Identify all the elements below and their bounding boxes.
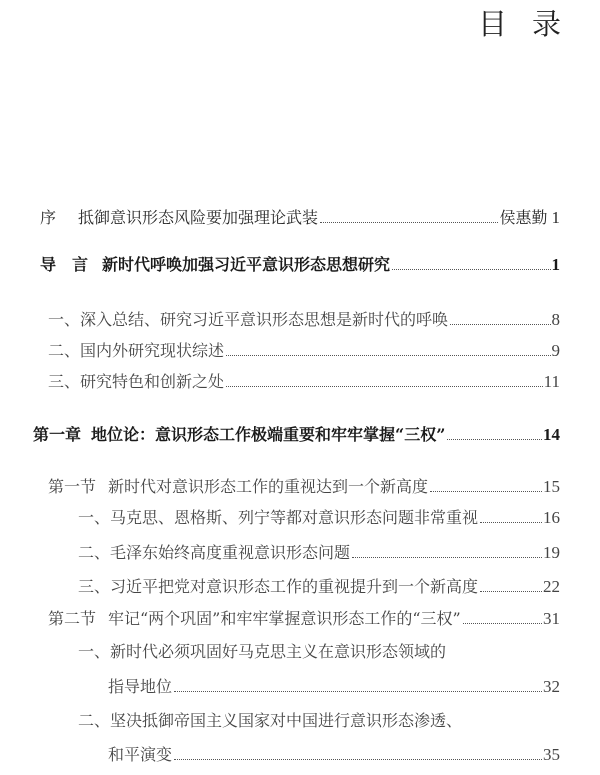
toc-entry-section-2-item-2-line2[interactable]: 和平演变 35	[108, 740, 560, 766]
toc-entry-intro-2[interactable]: 二、 国内外研究现状综述 9	[48, 336, 560, 362]
toc-page-number: 1	[552, 207, 561, 229]
toc-text: 和平演变	[108, 744, 172, 766]
toc-page-number: 11	[544, 371, 560, 393]
toc-entry-intro-3[interactable]: 三、 研究特色和创新之处 11	[48, 367, 560, 393]
toc-entry-section-2-item-2-line1[interactable]: 二、 坚决抵御帝国主义国家对中国进行意识形态渗透、	[78, 706, 560, 732]
toc-entry-section-1-item-2[interactable]: 二、 毛泽东始终高度重视意识形态问题 19	[78, 538, 560, 564]
toc-page-number: 32	[543, 676, 560, 698]
toc-label: 二、	[48, 340, 80, 362]
toc-page-number: 15	[543, 476, 560, 498]
toc-page-number: 14	[543, 424, 560, 446]
toc-label: 一、	[78, 507, 110, 529]
toc-page-number: 22	[543, 576, 560, 598]
toc-text: 研究特色和创新之处	[80, 371, 224, 393]
dot-leader	[226, 354, 550, 356]
toc-page-number: 8	[552, 309, 561, 331]
toc-label: 二、	[78, 542, 110, 564]
toc-text: 牢记“两个巩固”和牢牢掌握意识形态工作的“三权”	[108, 608, 461, 630]
dot-leader	[450, 323, 550, 325]
toc-text: 习近平把党对意识形态工作的重视提升到一个新高度	[110, 576, 478, 598]
dot-leader	[430, 490, 542, 492]
toc-text: 国内外研究现状综述	[80, 340, 224, 362]
toc-label: 一、	[78, 641, 110, 663]
toc-page-number: 1	[552, 254, 561, 276]
dot-leader	[174, 690, 542, 692]
toc-text: 指导地位	[108, 676, 172, 698]
toc-label: 一、	[48, 309, 80, 331]
dot-leader	[174, 758, 542, 760]
toc-author: 侯惠勤	[499, 207, 547, 229]
dot-leader	[447, 438, 542, 440]
toc-entry-section-1-item-3[interactable]: 三、 习近平把党对意识形态工作的重视提升到一个新高度 22	[78, 572, 560, 598]
toc-page-number: 19	[543, 542, 560, 564]
toc-page-number: 16	[543, 507, 560, 529]
dot-leader	[392, 268, 550, 270]
toc-label: 第一章	[33, 424, 91, 446]
toc-page-number: 9	[552, 340, 561, 362]
toc-page-number: 31	[543, 608, 560, 630]
toc-label: 序	[40, 207, 78, 229]
toc-text: 马克思、恩格斯、列宁等都对意识形态问题非常重视	[110, 507, 478, 529]
toc-label: 第二节	[48, 608, 108, 630]
toc-page-number: 35	[543, 744, 560, 766]
toc-text: 新时代呼唤加强习近平意识形态思想研究	[102, 254, 390, 276]
toc-label: 导 言	[40, 254, 102, 276]
toc-entry-intro[interactable]: 导 言 新时代呼唤加强习近平意识形态思想研究 1	[40, 250, 560, 276]
toc-entry-section-2-item-1-line1[interactable]: 一、 新时代必须巩固好马克思主义在意识形态领域的	[78, 637, 560, 663]
toc-entry-chapter-1[interactable]: 第一章 地位论：意识形态工作极端重要和牢牢掌握“三权” 14	[33, 420, 560, 446]
toc-label: 三、	[48, 371, 80, 393]
toc-text: 坚决抵御帝国主义国家对中国进行意识形态渗透、	[110, 710, 462, 732]
dot-leader	[480, 521, 542, 523]
toc-text: 深入总结、研究习近平意识形态思想是新时代的呼唤	[80, 309, 448, 331]
dot-leader	[320, 221, 498, 223]
dot-leader	[226, 385, 543, 387]
dot-leader	[463, 622, 542, 624]
toc-text: 抵御意识形态风险要加强理论武装	[78, 207, 318, 229]
dot-leader	[480, 590, 542, 592]
toc-entry-preface[interactable]: 序 抵御意识形态风险要加强理论武装 侯惠勤 1	[40, 203, 560, 229]
dot-leader	[352, 556, 542, 558]
page-title: 目录	[478, 2, 586, 43]
toc-entry-section-2-item-1-line2[interactable]: 指导地位 32	[108, 672, 560, 698]
toc-text: 新时代对意识形态工作的重视达到一个新高度	[108, 476, 428, 498]
toc-entry-section-2[interactable]: 第二节 牢记“两个巩固”和牢牢掌握意识形态工作的“三权” 31	[48, 604, 560, 630]
toc-text: 新时代必须巩固好马克思主义在意识形态领域的	[110, 641, 446, 663]
toc-label: 三、	[78, 576, 110, 598]
toc-text: 毛泽东始终高度重视意识形态问题	[110, 542, 350, 564]
toc-label: 第一节	[48, 476, 108, 498]
toc-entry-intro-1[interactable]: 一、 深入总结、研究习近平意识形态思想是新时代的呼唤 8	[48, 305, 560, 331]
toc-text: 地位论：意识形态工作极端重要和牢牢掌握“三权”	[91, 424, 445, 446]
toc-entry-section-1[interactable]: 第一节 新时代对意识形态工作的重视达到一个新高度 15	[48, 472, 560, 498]
toc-label: 二、	[78, 710, 110, 732]
toc-entry-section-1-item-1[interactable]: 一、 马克思、恩格斯、列宁等都对意识形态问题非常重视 16	[78, 503, 560, 529]
